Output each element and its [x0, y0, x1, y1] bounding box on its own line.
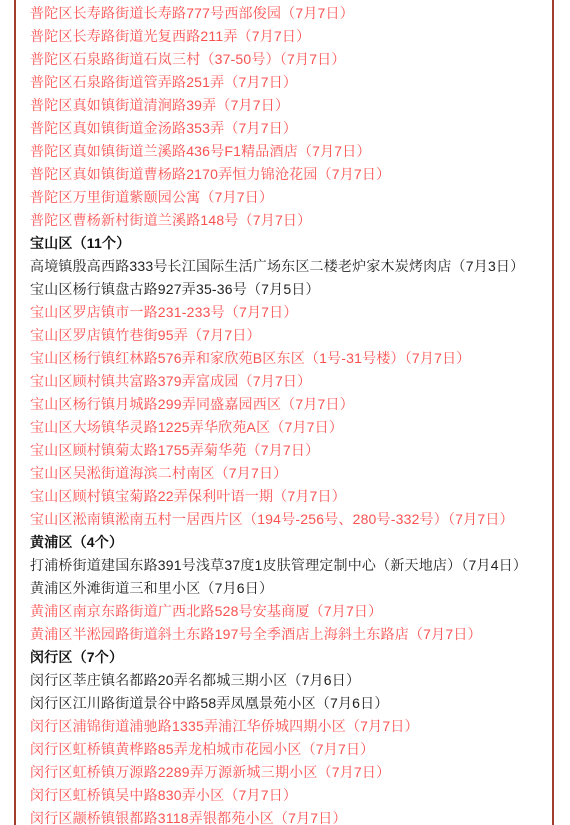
address-line: 宝山区顾村镇宝菊路22弄保利叶语一期（7月7日） — [30, 485, 552, 508]
address-line: 黄浦区外滩街道三和里小区（7月6日） — [30, 577, 552, 600]
address-line: 宝山区顾村镇共富路379弄富成园（7月7日） — [30, 370, 552, 393]
address-line: 宝山区淞南镇淞南五村一居西片区（194号-256号、280号-332号）（7月7… — [30, 508, 552, 531]
address-line: 普陀区真如镇街道兰溪路436号F1精品酒店（7月7日） — [30, 140, 552, 163]
address-line: 普陀区曹杨新村街道兰溪路148号（7月7日） — [30, 209, 552, 232]
article-page: 普陀区长寿路街道长寿路777号西部俊园（7月7日）普陀区长寿路街道光复西路211… — [0, 0, 570, 825]
address-line: 普陀区石泉路街道管弄路251弄（7月7日） — [30, 71, 552, 94]
address-line: 黄浦区半淞园路街道斜土东路197号全季酒店上海斜土东路店（7月7日） — [30, 623, 552, 646]
address-line: 闵行区虹桥镇黄桦路85弄龙柏城市花园小区（7月7日） — [30, 738, 552, 761]
address-list-container: 普陀区长寿路街道长寿路777号西部俊园（7月7日）普陀区长寿路街道光复西路211… — [14, 0, 554, 825]
address-line: 宝山区吴淞街道海滨二村南区（7月7日） — [30, 462, 552, 485]
address-line: 高境镇殷高西路333号长江国际生活广场东区二楼老炉家木炭烤肉店（7月3日） — [30, 255, 552, 278]
address-line: 闵行区浦锦街道浦驰路1335弄浦江华侨城四期小区（7月7日） — [30, 715, 552, 738]
address-line: 黄浦区南京东路街道广西北路528号安基商厦（7月7日） — [30, 600, 552, 623]
address-line: 闵行区虹桥镇万源路2289弄万源新城三期小区（7月7日） — [30, 761, 552, 784]
address-line: 宝山区罗店镇竹巷街95弄（7月7日） — [30, 324, 552, 347]
address-line: 宝山区杨行镇红林路576弄和家欣苑B区东区（1号-31号楼）（7月7日） — [30, 347, 552, 370]
address-line: 宝山区杨行镇盘古路927弄35-36号（7月5日） — [30, 278, 552, 301]
address-line: 普陀区长寿路街道光复西路211弄（7月7日） — [30, 25, 552, 48]
address-line: 宝山区大场镇华灵路1225弄华欣苑A区（7月7日） — [30, 416, 552, 439]
address-line: 普陀区真如镇街道曹杨路2170弄恒力锦沧花园（7月7日） — [30, 163, 552, 186]
address-line: 闵行区颛桥镇银都路3118弄银都苑小区（7月7日） — [30, 807, 552, 825]
address-line: 闵行区虹桥镇吴中路830弄小区（7月7日） — [30, 784, 552, 807]
address-line: 闵行区江川路街道景谷中路58弄凤凰景苑小区（7月6日） — [30, 692, 552, 715]
district-heading: 宝山区（11个） — [30, 232, 552, 255]
address-line: 宝山区杨行镇月城路299弄同盛嘉园西区（7月7日） — [30, 393, 552, 416]
address-line: 打浦桥街道建国东路391号浅草37度1皮肤管理定制中心（新天地店）（7月4日） — [30, 554, 552, 577]
address-line: 普陀区长寿路街道长寿路777号西部俊园（7月7日） — [30, 2, 552, 25]
address-line: 宝山区罗店镇市一路231-233号（7月7日） — [30, 301, 552, 324]
address-line: 普陀区真如镇街道清涧路39弄（7月7日） — [30, 94, 552, 117]
address-line: 普陀区万里街道紫颐园公寓（7月7日） — [30, 186, 552, 209]
address-line: 闵行区莘庄镇名都路20弄名都城三期小区（7月6日） — [30, 669, 552, 692]
address-line: 普陀区石泉路街道石岚三村（37-50号）（7月7日） — [30, 48, 552, 71]
address-line: 普陀区真如镇街道金汤路353弄（7月7日） — [30, 117, 552, 140]
district-heading: 黄浦区（4个） — [30, 531, 552, 554]
address-line: 宝山区顾村镇菊太路1755弄菊华苑（7月7日） — [30, 439, 552, 462]
district-heading: 闵行区（7个） — [30, 646, 552, 669]
